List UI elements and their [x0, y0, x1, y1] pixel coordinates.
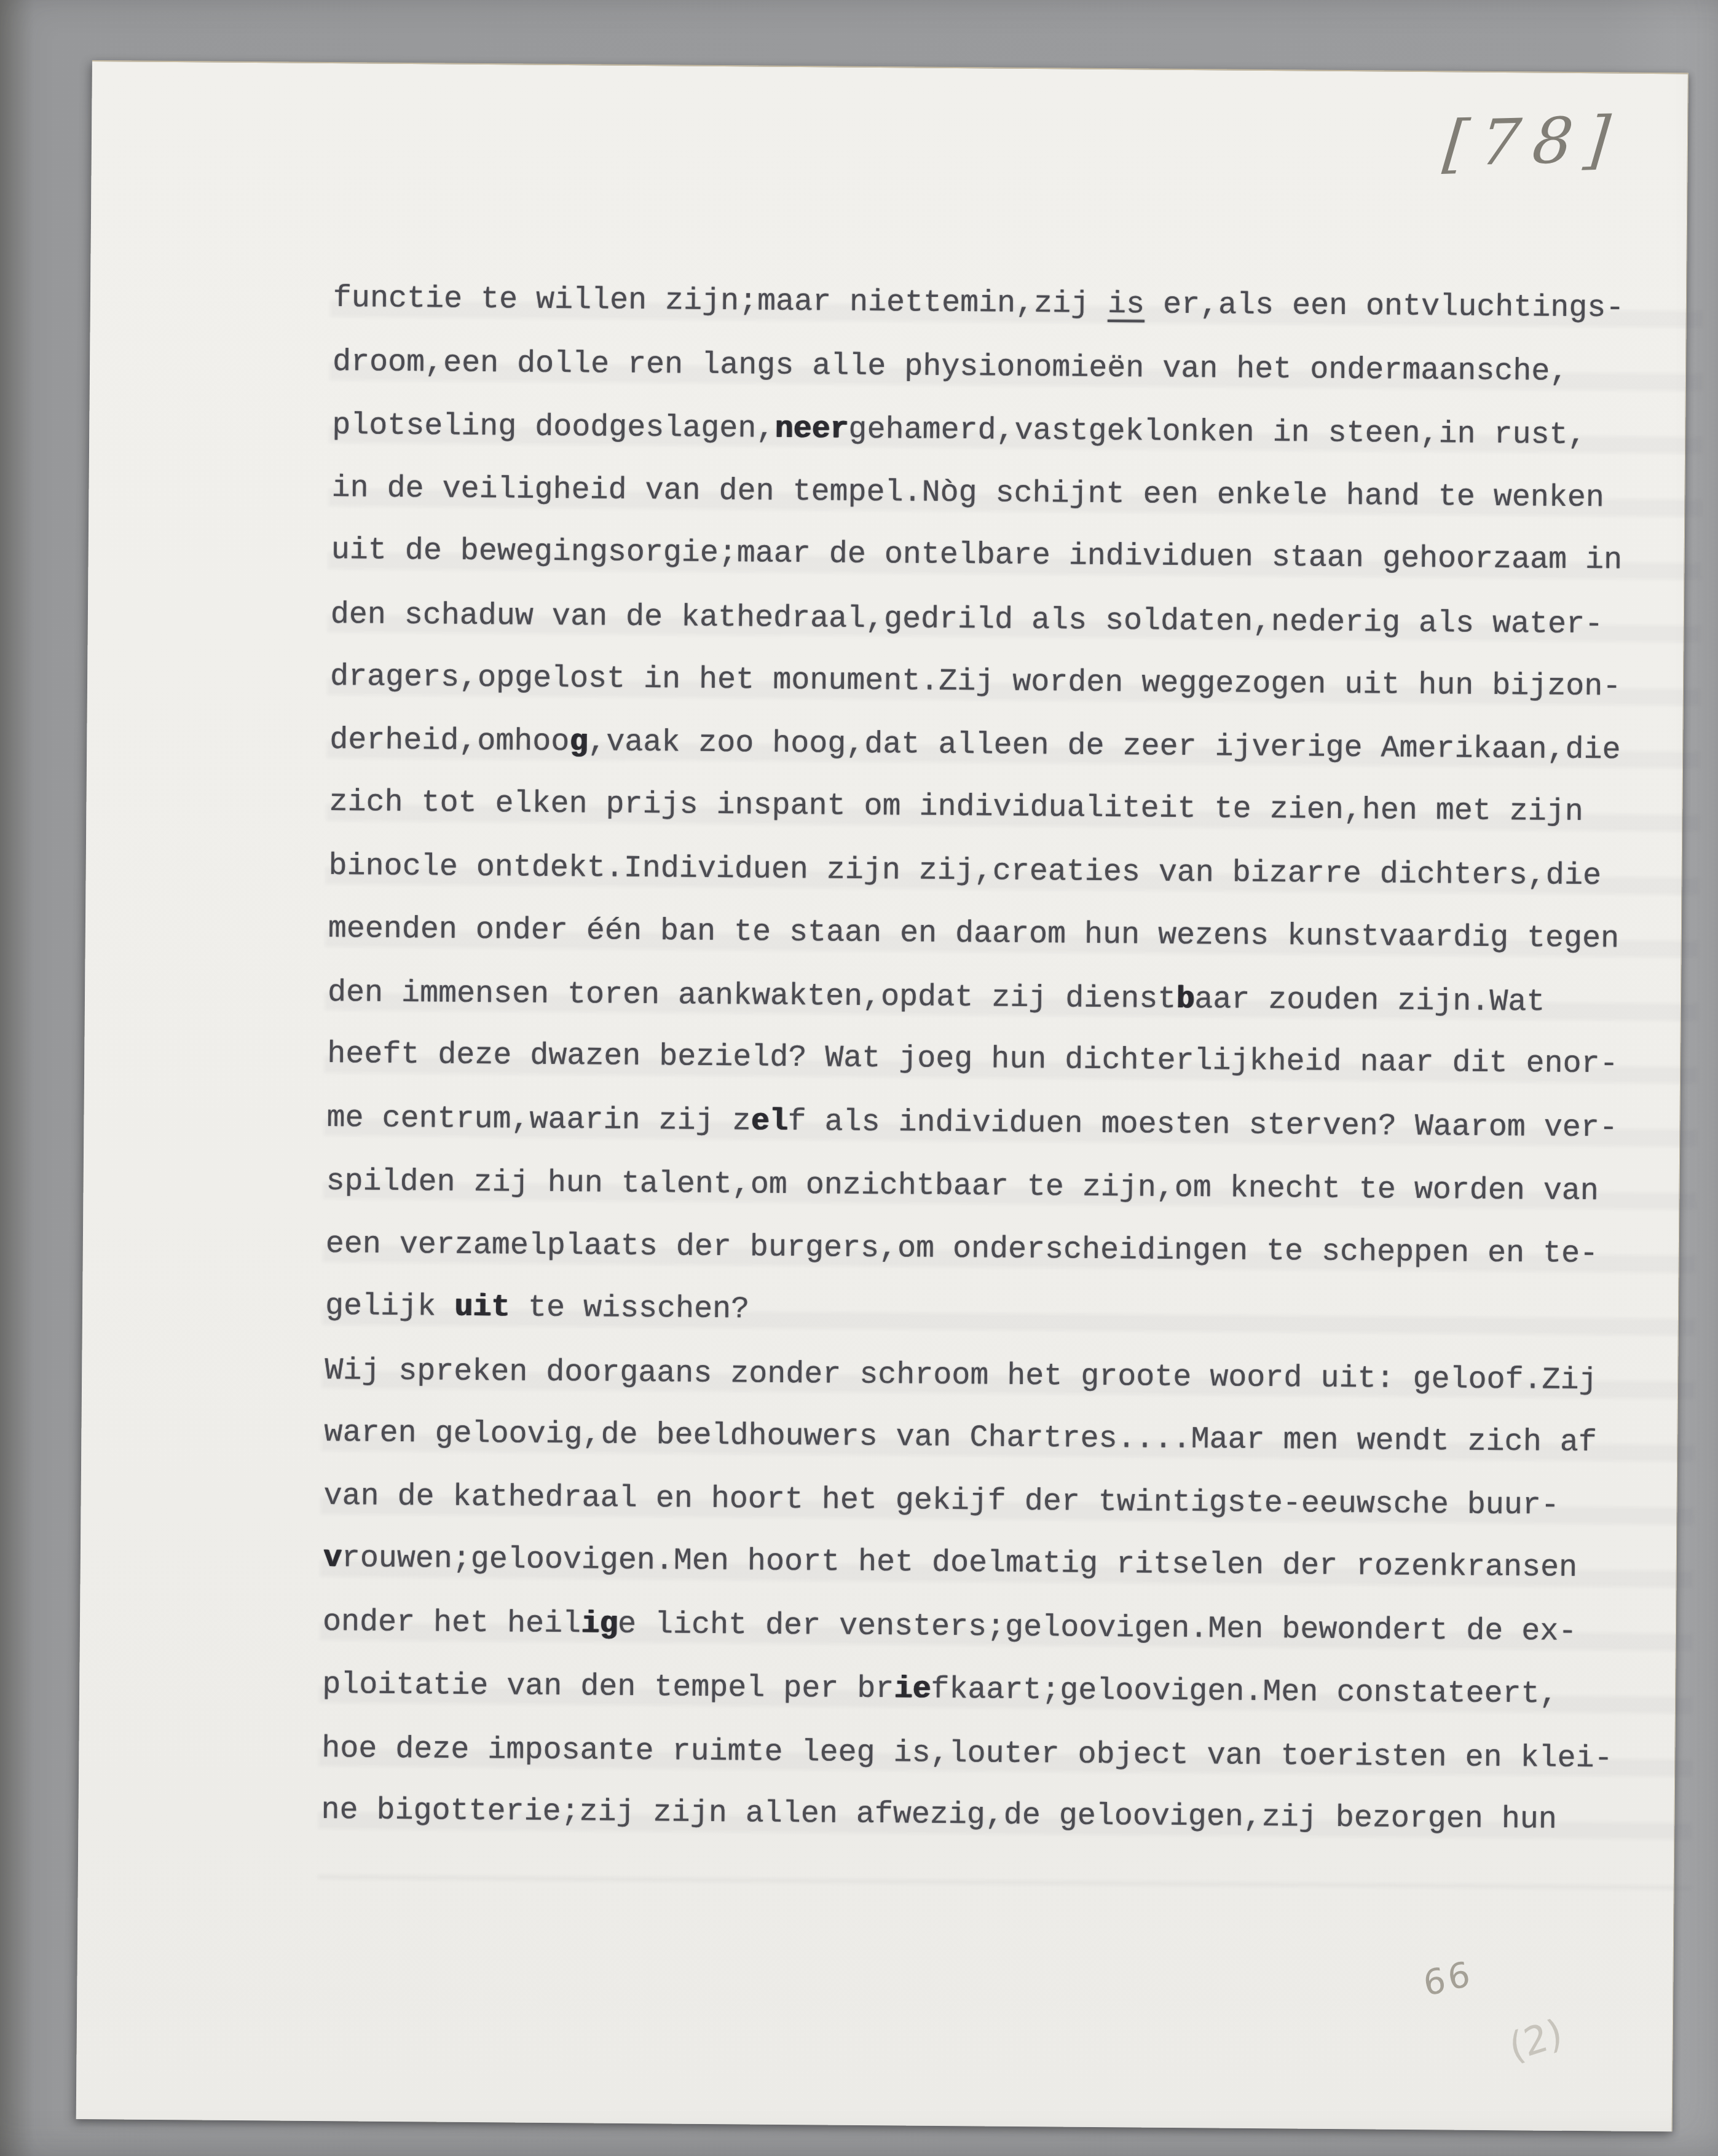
- typed-line: hoe deze imposante ruimte leeg is,louter…: [321, 1718, 1699, 1792]
- typed-text: in de veiligheid van den tempel.Nòg schi…: [331, 471, 1604, 516]
- typed-text: van de kathedraal en hoort het gekijf de…: [323, 1479, 1559, 1524]
- typed-line: ploitatie van den tempel per briefkaart;…: [322, 1654, 1700, 1728]
- typed-line: me centrum,waarin zij zelf als individue…: [326, 1087, 1704, 1161]
- typed-line: plotseling doodgeslagen,neergehamerd,vas…: [332, 395, 1709, 468]
- typed-line: den schaduw van de kathedraal,gedrild al…: [331, 584, 1708, 658]
- typed-line: Wij spreken doorgaans zonder schroom het…: [325, 1340, 1702, 1414]
- typed-line: dragers,opgelost in het monument.Zij wor…: [330, 646, 1708, 720]
- overstruck-text: ig: [581, 1607, 618, 1642]
- typed-text: Wij spreken doorgaans zonder schroom het…: [325, 1353, 1598, 1398]
- typed-line: droom,een dolle ren langs alle physionom…: [333, 331, 1710, 405]
- typed-text: een verzamelplaats der burgers,om onders…: [326, 1227, 1599, 1272]
- typed-line: uit de bewegingsorgie;maar de ontelbare …: [331, 519, 1708, 593]
- typed-text: dragers,opgelost in het monument.Zij wor…: [330, 659, 1621, 704]
- typed-text: functie te willen zijn;maar niettemin,zi…: [333, 281, 1108, 322]
- typed-line: binocle ontdekt.Individuen zijn zij,crea…: [328, 835, 1706, 909]
- overstruck-text: uit: [454, 1290, 510, 1326]
- typed-text: plotseling doodgeslagen,: [332, 408, 775, 447]
- typed-text: er,als een ontvluchtings-: [1145, 287, 1625, 326]
- paper-sheet: [78] functie te willen zijn;maar niettem…: [76, 60, 1688, 2131]
- typed-line: in de veiligheid van den tempel.Nòg schi…: [331, 457, 1709, 531]
- typed-text: gelijk: [325, 1289, 454, 1325]
- overstruck-text: v: [323, 1541, 342, 1576]
- overstruck-text: ie: [894, 1672, 931, 1707]
- typed-text: spilden zij hun talent,om onzichtbaar te…: [326, 1164, 1599, 1209]
- typed-line: een verzamelplaats der burgers,om onders…: [325, 1213, 1703, 1287]
- typed-text: meenden onder één ban te staan en daarom…: [328, 911, 1620, 956]
- typed-text: binocle ontdekt.Individuen zijn zij,crea…: [328, 849, 1601, 894]
- typed-line: waren geloovig,de beeldhouwers van Chart…: [324, 1402, 1701, 1476]
- pencil-number: 66: [1421, 1956, 1475, 2002]
- typed-text: te wisschen?: [510, 1290, 750, 1327]
- overstruck-text: b: [1176, 982, 1194, 1017]
- typed-text-block: functie te willen zijn;maar niettemin,zi…: [321, 268, 1710, 1854]
- typed-text: den schaduw van de kathedraal,gedrild al…: [331, 597, 1604, 642]
- typed-text: heeft deze dwazen bezield? Wat joeg hun …: [327, 1037, 1618, 1082]
- typed-text: me centrum,waarin zij z: [326, 1101, 751, 1139]
- typed-line: heeft deze dwazen bezield? Wat joeg hun …: [327, 1023, 1704, 1097]
- typed-text: ne bigotterie;zij zijn allen afwezig,de …: [321, 1793, 1557, 1838]
- typed-text: droom,een dolle ren langs alle physionom…: [333, 345, 1569, 390]
- typed-text: gehamerd,vastgeklonken in steen,in rust,: [848, 412, 1586, 453]
- typed-text: f als individuen moesten sterven? Waarom…: [787, 1104, 1618, 1146]
- typed-text: hoe deze imposante ruimte leeg is,louter…: [321, 1731, 1613, 1776]
- typed-line: ne bigotterie;zij zijn allen afwezig,de …: [321, 1779, 1698, 1853]
- typed-line: meenden onder één ban te staan en daarom…: [328, 898, 1706, 972]
- typed-line: onder het heilige licht der vensters;gel…: [323, 1591, 1700, 1665]
- typed-text: fkaart;geloovigen.Men constateert,: [931, 1672, 1558, 1712]
- typed-text: zich tot elken prijs inspant om individu…: [329, 785, 1583, 830]
- typed-text: e licht der vensters;geloovigen.Men bewo…: [618, 1607, 1577, 1649]
- overstruck-text: el: [751, 1104, 787, 1139]
- typed-text: derheid,omhoo: [329, 723, 570, 760]
- typed-line: gelijk uit te wisschen?: [325, 1275, 1703, 1349]
- typed-line: spilden zij hun talent,om onzichtbaar te…: [326, 1151, 1703, 1224]
- typed-line: vrouwen;geloovigen.Men hoort het doelmat…: [323, 1527, 1700, 1601]
- typed-line: zich tot elken prijs inspant om individu…: [329, 771, 1706, 845]
- typed-line: derheid,omhoog,vaak zoo hoog,dat alleen …: [329, 709, 1707, 783]
- typed-text: ,vaak zoo hoog,dat alleen de zeer ijveri…: [588, 725, 1621, 768]
- pencil-corner-mark: (2): [1507, 2013, 1566, 2067]
- typed-text: ploitatie van den tempel per br: [322, 1667, 894, 1707]
- handwritten-page-number: [78]: [1441, 108, 1625, 176]
- overstruck-text: neer: [774, 412, 848, 447]
- typed-text: waren geloovig,de beeldhouwers van Chart…: [324, 1415, 1597, 1460]
- overstruck-text: g: [569, 725, 588, 760]
- typed-line: den immensen toren aankwakten,opdat zij …: [328, 962, 1705, 1036]
- typed-line: van de kathedraal en hoort het gekijf de…: [323, 1465, 1701, 1539]
- typed-text: onder het heil: [323, 1605, 581, 1642]
- typed-line: functie te willen zijn;maar niettemin,zi…: [333, 267, 1711, 341]
- underlined-text: is: [1108, 287, 1145, 322]
- typed-text: rouwen;geloovigen.Men hoort het doelmati…: [342, 1541, 1578, 1586]
- typed-text: uit de bewegingsorgie;maar de ontelbare …: [331, 533, 1623, 578]
- typed-text: den immensen toren aankwakten,opdat zij …: [328, 975, 1176, 1017]
- typed-text: aar zouden zijn.Wat: [1194, 982, 1545, 1020]
